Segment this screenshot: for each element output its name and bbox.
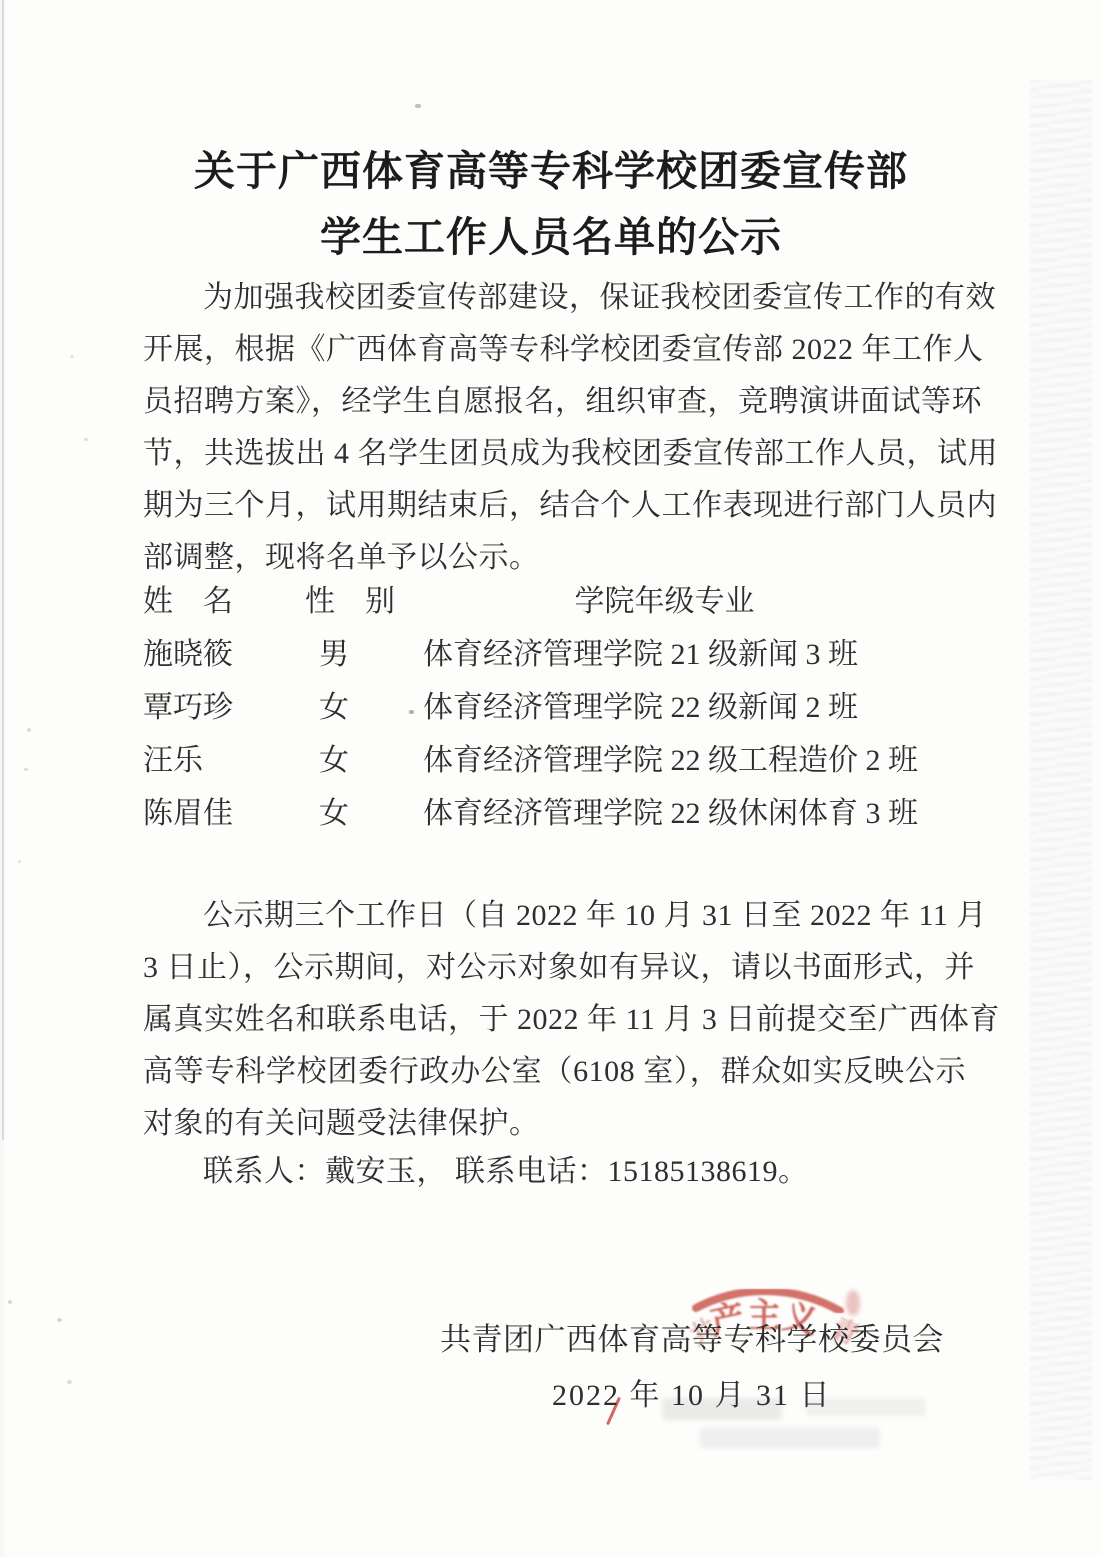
faded-stamp-remnant — [700, 1428, 880, 1448]
paragraph-line: 员招聘方案》，经学生自愿报名，组织审查，竞聘演讲面试等环 — [143, 376, 966, 428]
gender-value: 女 — [305, 734, 349, 787]
gender-value: 女 — [305, 681, 349, 734]
student-gender: 女 — [305, 734, 423, 787]
paragraph-line: 公示期三个工作日（自 2022 年 10 月 31 日至 2022 年 11 月 — [143, 890, 966, 942]
notice-title-line2: 学生工作人员名单的公示 — [0, 204, 1102, 263]
gender-value: 女 — [305, 787, 349, 840]
paragraph-line: 期为三个月，试用期结束后，结合个人工作表现进行部门人员内 — [143, 480, 966, 532]
paragraph-line: 部调整，现将名单予以公示。 — [143, 532, 966, 584]
student-name: 覃巧珍 — [143, 681, 305, 734]
roster-header-gender: 性 别 — [305, 580, 423, 624]
student-college-info: 体育经济管理学院 22 级休闲体育 3 班 — [423, 787, 966, 840]
scan-speck — [415, 104, 421, 108]
scan-speck — [8, 1300, 12, 1304]
student-gender: 女 — [305, 681, 423, 734]
scanned-notice-page: 关于广西体育高等专科学校团委宣传部 学生工作人员名单的公示 为加强我校团委宣传部… — [0, 0, 1102, 1557]
student-name: 施晓筱 — [143, 628, 305, 681]
seal-smudge — [846, 1290, 860, 1316]
contact-info-line: 联系人：戴安玉， 联系电话：15185138619。 — [143, 1146, 966, 1198]
scan-speck — [70, 355, 74, 358]
paragraph-line: 3 日止），公示期间，对公示对象如有异议，请以书面形式，并 — [143, 942, 966, 994]
paragraph-line: 节，共选拔出 4 名学生团员成为我校团委宣传部工作人员，试用 — [143, 428, 966, 480]
student-college-info: 体育经济管理学院 22 级新闻 2 班 — [423, 681, 966, 734]
table-row: 汪乐 女 体育经济管理学院 22 级工程造价 2 班 — [143, 734, 966, 787]
gender-value: 男 — [305, 628, 349, 681]
scan-speck — [67, 1380, 72, 1384]
scan-speck — [27, 728, 31, 732]
roster-header-name: 姓 名 — [143, 580, 305, 624]
paragraph-line: 属真实姓名和联系电话，于 2022 年 11 月 3 日前提交至广西体育 — [143, 994, 966, 1046]
scan-smudge-artifact — [1030, 80, 1092, 1480]
student-gender: 女 — [305, 787, 423, 840]
paragraph-line: 对象的有关问题受法律保护。 — [143, 1098, 966, 1150]
student-name: 陈眉佳 — [143, 787, 305, 840]
roster-header-row: 姓 名 性 别 学院年级专业 — [143, 580, 966, 624]
issuing-committee-signature: 共青团广西体育高等专科学校委员会 — [440, 1314, 944, 1359]
paragraph-line: 高等专科学校团委行政办公室（6108 室），群众如实反映公示 — [143, 1046, 966, 1098]
student-college-info: 体育经济管理学院 22 级工程造价 2 班 — [423, 734, 966, 787]
scan-speck — [18, 860, 21, 863]
table-row: 陈眉佳 女 体育经济管理学院 22 级休闲体育 3 班 — [143, 787, 966, 840]
table-row: 覃巧珍 女 体育经济管理学院 22 级新闻 2 班 — [143, 681, 966, 734]
intro-paragraph: 为加强我校团委宣传部建设，保证我校团委宣传工作的有效 开展，根据《广西体育高等专… — [143, 272, 966, 584]
student-name: 汪乐 — [143, 734, 305, 787]
issue-date: 2022 年 10 月 31 日 — [552, 1370, 832, 1414]
table-row: 施晓筱 男 体育经济管理学院 21 级新闻 3 班 — [143, 628, 966, 681]
student-gender: 男 — [305, 628, 423, 681]
staff-roster-table: 姓 名 性 别 学院年级专业 施晓筱 男 体育经济管理学院 21 级新闻 3 班… — [143, 580, 966, 840]
roster-header-info: 学院年级专业 — [423, 580, 966, 624]
student-college-info: 体育经济管理学院 21 级新闻 3 班 — [423, 628, 966, 681]
scan-speck — [24, 768, 28, 771]
paragraph-line: 开展，根据《广西体育高等专科学校团委宣传部 2022 年工作人 — [143, 324, 966, 376]
publicity-period-paragraph: 公示期三个工作日（自 2022 年 10 月 31 日至 2022 年 11 月… — [143, 890, 966, 1150]
notice-title-line1: 关于广西体育高等专科学校团委宣传部 — [0, 138, 1102, 197]
paragraph-line: 为加强我校团委宣传部建设，保证我校团委宣传工作的有效 — [143, 272, 966, 324]
scan-speck — [57, 1318, 62, 1322]
scan-speck — [84, 438, 88, 441]
